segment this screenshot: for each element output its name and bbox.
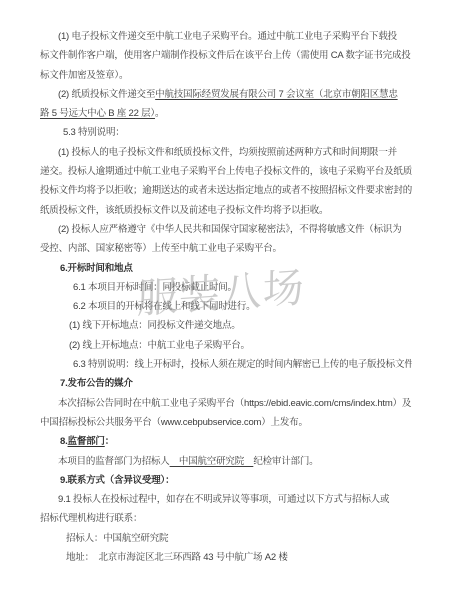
doc-line: 地址： 北京市海淀区北三环西路 43 号中航广场 A2 楼 bbox=[40, 548, 412, 567]
doc-line: 本项目的监督部门为招标人 中国航空研究院 纪检审计部门。 bbox=[40, 452, 412, 471]
underlined-text: 中国航空研究院 bbox=[170, 456, 254, 467]
doc-line: 本次招标公告同时在中航工业电子采购平台（https://ebid.eavic.c… bbox=[40, 394, 412, 413]
text-segment: 。 bbox=[155, 108, 164, 119]
text-segment: 本次招标公告同时在中航工业电子采购平台（https://ebid.eavic.c… bbox=[58, 398, 411, 409]
text-segment: 递交。投标人逾期通过中航工业电子采购平台上传电子投标文件的，该电子采购平台及纸质 bbox=[40, 166, 412, 177]
doc-line: 9.1 投标人在投标过程中，如存在不明或异议等事项，可通过以下方式与招标人或 bbox=[40, 490, 412, 509]
text-segment: (2) 纸质投标文件递交至 bbox=[58, 89, 155, 100]
doc-line: 6.2 本项目的开标将在线上和线下同时进行。 bbox=[40, 297, 412, 316]
doc-line: 招标人：中国航空研究院 bbox=[40, 529, 412, 548]
text-segment: 中国招标投标公共服务平台（www.cebpubservice.com）上发布。 bbox=[40, 417, 308, 428]
document-page: (1) 电子投标文件递交至中航工业电子采购平台。通过中航工业电子采购平台下载投标… bbox=[0, 0, 450, 600]
underlined-text: 路 5 号远大中心 B 座 22 层） bbox=[40, 108, 155, 119]
text-segment: 6.3 特别说明：线上开标时，投标人须在规定的时间内解密已上传的电子版投标文件。 bbox=[73, 359, 412, 370]
text-segment: 9.联系方式（含异议受理）： bbox=[60, 475, 174, 486]
text-segment: 5.3 特别说明： bbox=[63, 127, 125, 138]
text-segment: (1) 投标人的电子投标文件和纸质投标文件，均须按照前述两种方式和时间期限一并 bbox=[58, 147, 397, 158]
doc-line: 招标代理机构进行联系： bbox=[40, 509, 412, 528]
doc-line: (1) 线下开标地点：同投标文件递交地点。 bbox=[40, 316, 412, 335]
doc-line: (2) 纸质投标文件递交至中航技国际经贸发展有限公司 7 会议室（北京市朝阳区慧… bbox=[40, 85, 412, 104]
text-segment: 招标代理机构进行联系： bbox=[40, 513, 142, 524]
text-segment: 6.1 本项目开标时间：同投标截止时间。 bbox=[73, 282, 237, 293]
document-body: (1) 电子投标文件递交至中航工业电子采购平台。通过中航工业电子采购平台下载投标… bbox=[40, 27, 412, 567]
text-segment: 6.2 本项目的开标将在线上和线下同时进行。 bbox=[73, 301, 255, 312]
doc-line: 递交。投标人逾期通过中航工业电子采购平台上传电子投标文件的，该电子采购平台及纸质 bbox=[40, 162, 412, 181]
text-segment: 地址： 北京市海淀区北三环西路 43 号中航广场 A2 楼 bbox=[66, 552, 288, 563]
text-segment: 纸质投标文件，该纸质投标文件以及前述电子投标文件均将予以拒收。 bbox=[40, 205, 328, 216]
text-segment: (1) 线下开标地点：同投标文件递交地点。 bbox=[69, 320, 241, 331]
text-segment: ： bbox=[105, 436, 114, 447]
underlined-text: 监督部门 bbox=[68, 436, 105, 447]
doc-line: 6.开标时间和地点 bbox=[40, 259, 412, 278]
text-segment: 7.发布公告的媒介 bbox=[60, 378, 133, 389]
doc-line: 7.发布公告的媒介 bbox=[40, 374, 412, 393]
doc-line: (2) 投标人应严格遵守《中华人民共和国保守国家秘密法》，不得将敏感文件（标识为 bbox=[40, 220, 412, 239]
text-segment: 9.1 投标人在投标过程中，如存在不明或异议等事项，可通过以下方式与招标人或 bbox=[58, 494, 389, 505]
text-segment: 6.开标时间和地点 bbox=[60, 263, 133, 274]
doc-line: 6.1 本项目开标时间：同投标截止时间。 bbox=[40, 278, 412, 297]
text-segment: (2) 投标人应严格遵守《中华人民共和国保守国家秘密法》，不得将敏感文件（标识为 bbox=[58, 224, 402, 235]
doc-line: (1) 投标人的电子投标文件和纸质投标文件，均须按照前述两种方式和时间期限一并 bbox=[40, 143, 412, 162]
text-segment: (1) 电子投标文件递交至中航工业电子采购平台。通过中航工业电子采购平台下载投 bbox=[58, 31, 397, 42]
doc-line: 中国招标投标公共服务平台（www.cebpubservice.com）上发布。 bbox=[40, 413, 412, 432]
underlined-text: 中航技国际经贸发展有限公司 7 会议室（北京市朝阳区慧忠 bbox=[155, 89, 397, 100]
text-segment: 受控、内部、国家秘密等）上传至中航工业电子采购平台。 bbox=[40, 243, 282, 254]
doc-line: 受控、内部、国家秘密等）上传至中航工业电子采购平台。 bbox=[40, 239, 412, 258]
doc-line: 5.3 特别说明： bbox=[40, 123, 412, 142]
text-segment: 标文件加密及签章）。 bbox=[40, 70, 128, 81]
doc-line: (2) 线上开标地点：中航工业电子采购平台。 bbox=[40, 336, 412, 355]
doc-line: 标文件加密及签章）。 bbox=[40, 66, 412, 85]
doc-line: 8.监督部门： bbox=[40, 432, 412, 451]
text-segment: 纪检审计部门。 bbox=[253, 456, 318, 467]
doc-line: 投标文件均将予以拒收；逾期送达的或者未送达指定地点的或者不按照招标文件要求密封的 bbox=[40, 181, 412, 200]
text-segment: 8. bbox=[60, 436, 68, 447]
doc-line: (1) 电子投标文件递交至中航工业电子采购平台。通过中航工业电子采购平台下载投 bbox=[40, 27, 412, 46]
doc-line: 标文件制作客户端，使用客户端制作投标文件后在该平台上传（需使用 CA 数字证书完… bbox=[40, 46, 412, 65]
doc-line: 纸质投标文件，该纸质投标文件以及前述电子投标文件均将予以拒收。 bbox=[40, 201, 412, 220]
text-segment: 标文件制作客户端，使用客户端制作投标文件后在该平台上传（需使用 CA 数字证书完… bbox=[40, 50, 411, 61]
text-segment: 投标文件均将予以拒收；逾期送达的或者未送达指定地点的或者不按照招标文件要求密封的 bbox=[40, 185, 412, 196]
text-segment: (2) 线上开标地点：中航工业电子采购平台。 bbox=[69, 340, 250, 351]
doc-line: 路 5 号远大中心 B 座 22 层）。 bbox=[40, 104, 412, 123]
text-segment: 招标人：中国航空研究院 bbox=[66, 533, 168, 544]
doc-line: 6.3 特别说明：线上开标时，投标人须在规定的时间内解密已上传的电子版投标文件。 bbox=[40, 355, 412, 374]
text-segment: 本项目的监督部门为招标人 bbox=[58, 456, 170, 467]
doc-line: 9.联系方式（含异议受理）： bbox=[40, 471, 412, 490]
